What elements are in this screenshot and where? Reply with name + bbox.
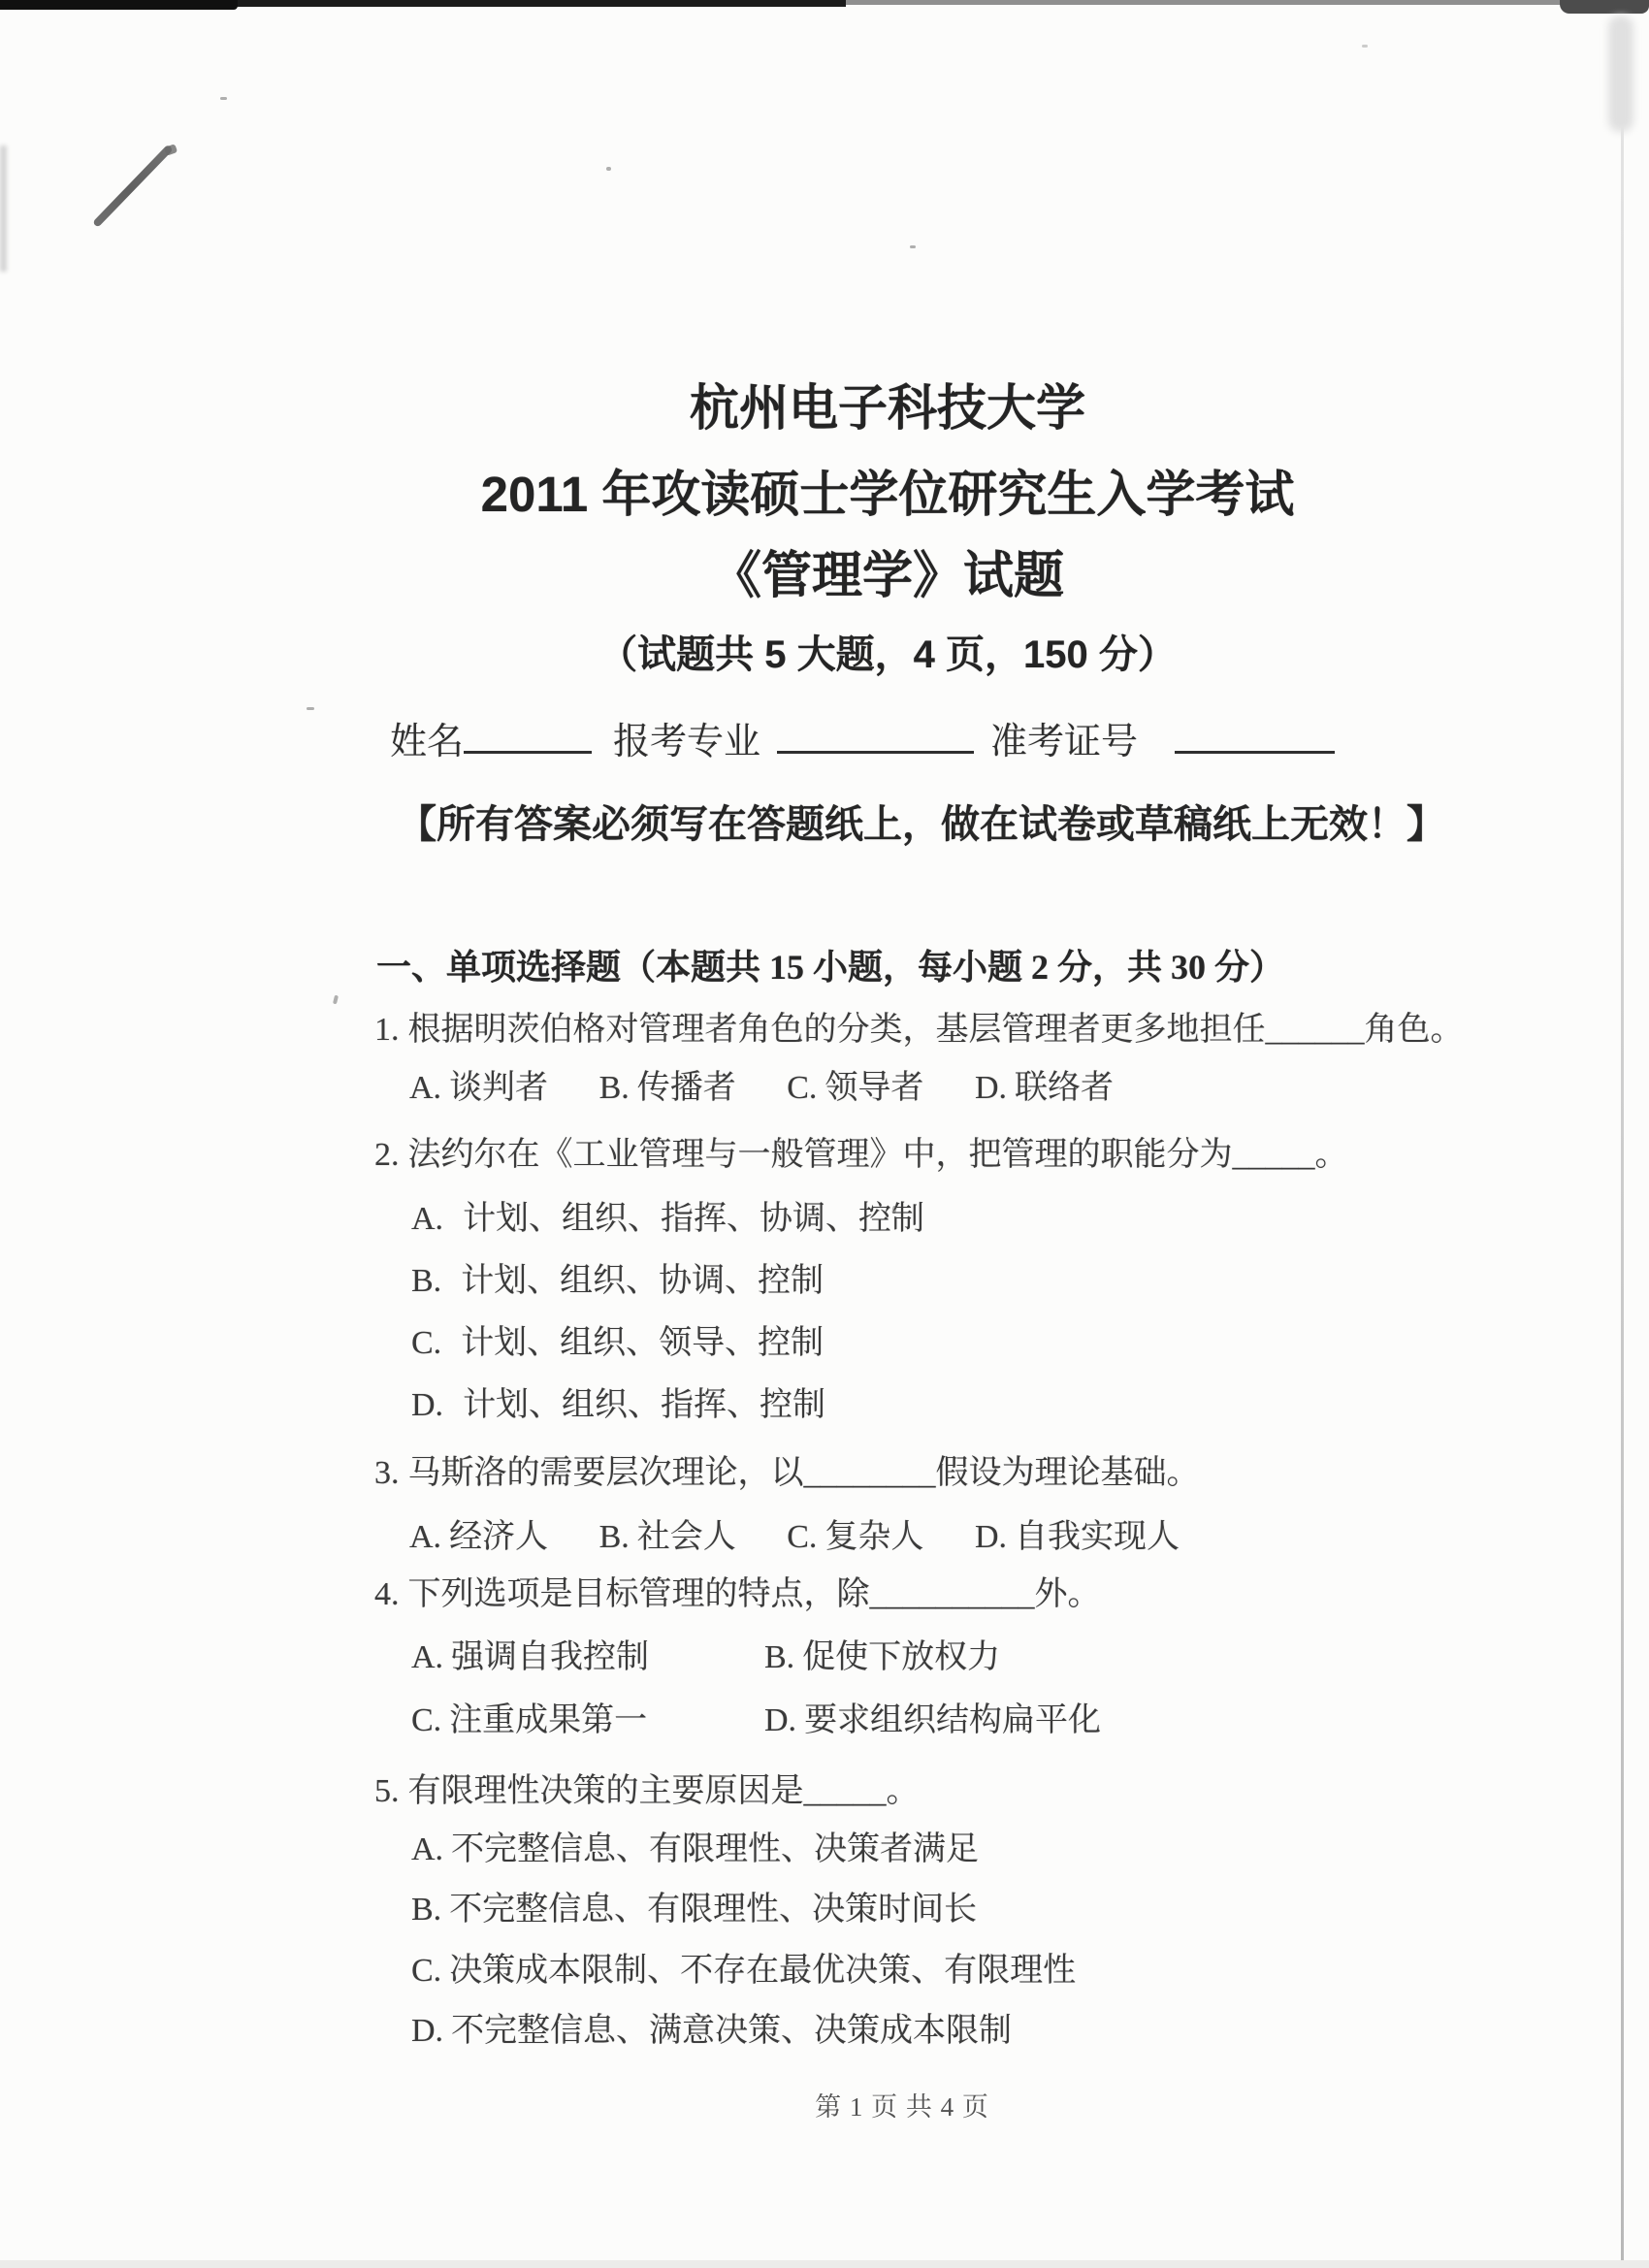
option-text: 联络者 [1015, 1070, 1114, 1106]
option-text: 计划、组织、指挥、控制 [463, 1387, 825, 1423]
option-key: C. [411, 1953, 441, 1990]
option-key: C. [787, 1070, 817, 1107]
option-text: 自我实现人 [1015, 1519, 1180, 1555]
question-1-option-c: C.领导者 [787, 1060, 923, 1108]
name-label: 姓名 [390, 722, 464, 762]
option-text: 领导者 [824, 1070, 923, 1106]
paper-summary: （试题共 5 大题，4 页，150 分） [126, 624, 1649, 679]
option-key: A. [409, 1070, 441, 1107]
scan-bottom-edge-shade [0, 2260, 1649, 2268]
question-5-text: 有限理性决策的主要原因是_____。 [408, 1773, 920, 1809]
page-number-footer: 第 1 页 共 4 页 [795, 2086, 1009, 2123]
option-key: D. [764, 1702, 796, 1739]
question-3-text: 马斯洛的需要层次理论，以________假设为理论基础。 [408, 1455, 1200, 1491]
major-blank-line [777, 711, 974, 754]
question-1-option-d: D.联络者 [975, 1060, 1114, 1108]
candidate-info-row: 姓名报考专业准考证号 [390, 711, 1335, 764]
question-4-option-b: B.促使下放权力 [764, 1630, 1000, 1677]
question-5-option-d: D.不完整信息、满意决策、决策成本限制 [411, 2003, 1012, 2051]
option-key: B. [599, 1519, 630, 1556]
scan-top-edge-thick-mark [0, 0, 238, 10]
option-text: 强调自我控制 [451, 1639, 649, 1675]
option-text: 促使下放权力 [802, 1639, 1000, 1675]
admission-ticket-blank-line [1175, 711, 1335, 754]
question-5-option-c: C.决策成本限制、不存在最优决策、有限理性 [411, 1943, 1076, 1991]
option-key: D. [411, 2013, 443, 2050]
scan-speck [307, 707, 314, 710]
option-key: D. [411, 1387, 443, 1424]
question-5-stem: 5.有限理性决策的主要原因是_____。 [374, 1764, 920, 1811]
option-key: B. [764, 1639, 794, 1676]
question-5-number: 5. [374, 1773, 400, 1810]
question-4-stem: 4.下列选项是目标管理的特点，除__________外。 [374, 1567, 1101, 1614]
option-text: 传播者 [637, 1070, 736, 1106]
scan-top-right-blob [1560, 0, 1649, 14]
question-3-options: A.经济人 B.社会人 C.复杂人 D.自我实现人 [409, 1509, 1180, 1557]
option-key: B. [411, 1263, 441, 1300]
question-2-stem: 2.法约尔在《工业管理与一般管理》中，把管理的职能分为_____。 [374, 1127, 1348, 1175]
question-2-option-a: A.计划、组织、指挥、协调、控制 [411, 1191, 924, 1239]
question-2-option-b: B.计划、组织、协调、控制 [411, 1253, 824, 1301]
question-2-option-d: D.计划、组织、指挥、控制 [411, 1377, 825, 1425]
option-text: 决策成本限制、不存在最优决策、有限理性 [449, 1953, 1076, 1989]
question-4-option-a: A.强调自我控制 [411, 1630, 649, 1677]
option-text: 不完整信息、满意决策、决策成本限制 [451, 2013, 1012, 2049]
option-key: C. [411, 1702, 441, 1739]
option-key: C. [411, 1325, 441, 1362]
scan-corner-smudge [1608, 16, 1633, 132]
option-text: 复杂人 [824, 1519, 923, 1555]
question-4-option-d: D.要求组织结构扁平化 [764, 1693, 1101, 1740]
scan-speck [1362, 45, 1368, 48]
option-text: 注重成果第一 [449, 1702, 647, 1738]
question-1-options: A.谈判者 B.传播者 C.领导者 D.联络者 [409, 1060, 1114, 1108]
question-3-stem: 3.马斯洛的需要层次理论，以________假设为理论基础。 [374, 1445, 1200, 1493]
question-3-option-b: B.社会人 [599, 1509, 736, 1557]
question-2-option-c: C.计划、组织、领导、控制 [411, 1315, 824, 1363]
option-text: 不完整信息、有限理性、决策时间长 [449, 1892, 977, 1928]
option-text: 不完整信息、有限理性、决策者满足 [451, 1831, 979, 1867]
exam-paper-page: 杭州电子科技大学 2011 年攻读硕士学位研究生入学考试 《管理学》试题 （试题… [0, 0, 1649, 2268]
major-label: 报考专业 [613, 722, 760, 762]
scan-speck [220, 97, 227, 100]
question-4-option-c: C.注重成果第一 [411, 1693, 647, 1740]
option-key: A. [409, 1519, 441, 1556]
university-title: 杭州电子科技大学 [126, 368, 1649, 439]
option-key: D. [975, 1519, 1007, 1556]
question-3-option-a: A.经济人 [409, 1509, 548, 1557]
question-2-text: 法约尔在《工业管理与一般管理》中，把管理的职能分为_____。 [408, 1137, 1348, 1173]
question-1-option-a: A.谈判者 [409, 1060, 548, 1108]
question-4-number: 4. [374, 1576, 400, 1613]
question-5-option-b: B.不完整信息、有限理性、决策时间长 [411, 1882, 977, 1929]
question-3-option-d: D.自我实现人 [975, 1509, 1180, 1557]
question-3-option-c: C.复杂人 [787, 1509, 923, 1557]
option-text: 计划、组织、协调、控制 [461, 1263, 824, 1299]
option-text: 社会人 [637, 1519, 736, 1555]
question-3-number: 3. [374, 1455, 400, 1492]
pen-stroke-mark [92, 145, 174, 228]
scan-speck [606, 167, 611, 171]
scan-left-edge-sliver [0, 146, 7, 272]
name-blank-line [464, 711, 592, 754]
option-key: D. [975, 1070, 1007, 1107]
admission-ticket-label: 准考证号 [990, 722, 1138, 762]
question-1-number: 1. [374, 1012, 400, 1049]
option-text: 谈判者 [449, 1070, 548, 1106]
answer-notice: 【所有答案必须写在答题纸上，做在试卷或草稿纸上无效！】 [369, 794, 1474, 849]
option-text: 计划、组织、指挥、协调、控制 [463, 1201, 924, 1237]
option-key: A. [411, 1831, 443, 1868]
option-text: 要求组织结构扁平化 [804, 1702, 1101, 1738]
option-key: A. [411, 1639, 443, 1676]
question-5-option-a: A.不完整信息、有限理性、决策者满足 [411, 1822, 979, 1869]
scan-speck [910, 245, 916, 248]
section-one-heading: 一、单项选择题（本题共 15 小题，每小题 2 分，共 30 分） [376, 940, 1284, 989]
option-text: 经济人 [449, 1519, 548, 1555]
scan-speck [333, 995, 339, 1005]
question-1-option-b: B.传播者 [599, 1060, 736, 1108]
question-1-text: 根据明茨伯格对管理者角色的分类，基层管理者更多地担任______角色。 [408, 1012, 1464, 1048]
subject-title: 《管理学》试题 [126, 535, 1649, 607]
question-2-number: 2. [374, 1137, 400, 1174]
option-text: 计划、组织、领导、控制 [461, 1325, 824, 1361]
scan-top-edge-gray-strip [846, 0, 1564, 5]
question-4-text: 下列选项是目标管理的特点，除__________外。 [408, 1576, 1101, 1612]
option-key: B. [411, 1892, 441, 1928]
question-1-stem: 1.根据明茨伯格对管理者角色的分类，基层管理者更多地担任______角色。 [374, 1002, 1464, 1050]
option-key: B. [599, 1070, 630, 1107]
option-key: C. [787, 1519, 817, 1556]
option-key: A. [411, 1201, 443, 1238]
scan-right-edge-line [1621, 126, 1624, 2268]
exam-session-title: 2011 年攻读硕士学位研究生入学考试 [126, 454, 1649, 526]
